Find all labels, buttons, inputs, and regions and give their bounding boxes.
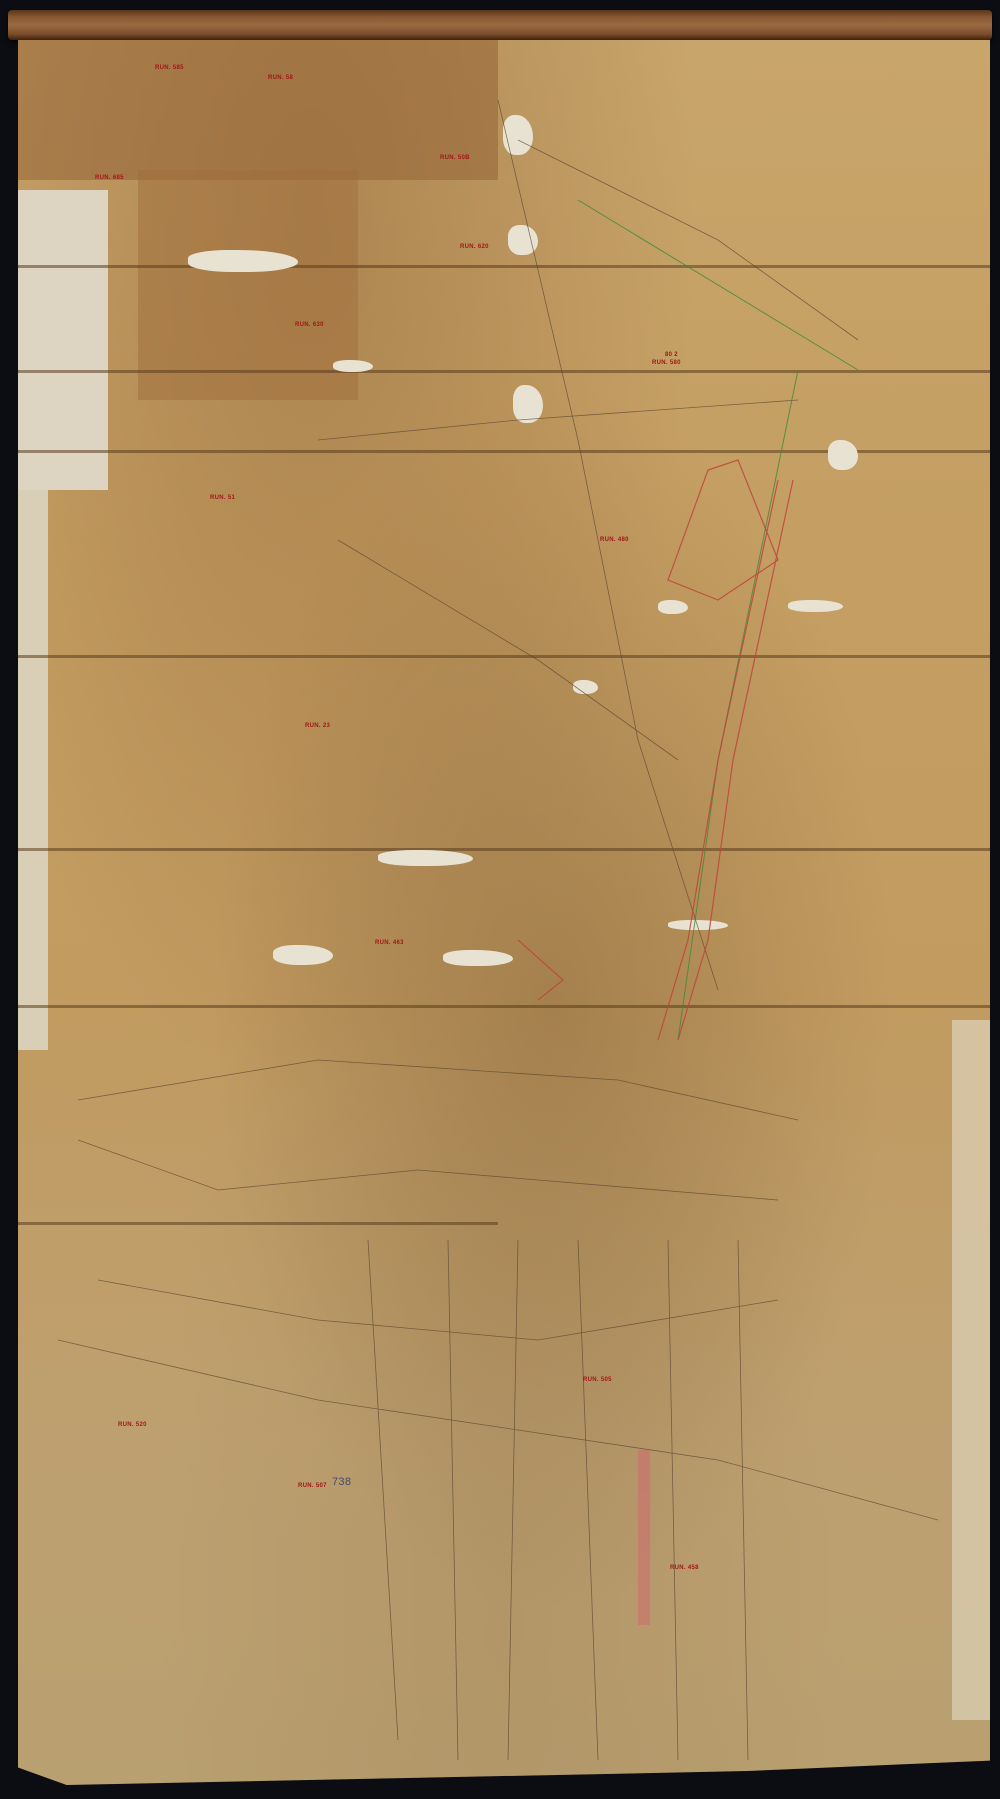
map-roller [8, 10, 992, 40]
run-label: RUN. 505 [583, 1377, 612, 1383]
parcel-number: 738 [332, 1476, 351, 1488]
run-label: 80 2 [665, 352, 678, 358]
map-sheet [18, 40, 990, 1785]
run-label: RUN. 520 [118, 1422, 147, 1428]
run-label: RUN. 480 [600, 537, 629, 543]
run-label: RUN. 58 [268, 75, 293, 81]
run-label: RUN. 585 [155, 65, 184, 71]
survey-lines [18, 40, 990, 1785]
run-label: RUN. 458 [670, 1565, 699, 1571]
run-label: RUN. 50B [440, 155, 470, 161]
run-label: RUN. 51 [210, 495, 235, 501]
run-label: RUN. 580 [652, 360, 681, 366]
run-label: RUN. 23 [305, 723, 330, 729]
run-label: RUN. 507 [298, 1483, 327, 1489]
run-label: RUN. 620 [460, 244, 489, 250]
run-label: RUN. 630 [295, 322, 324, 328]
run-label: RUN. 463 [375, 940, 404, 946]
run-label: RUN. 685 [95, 175, 124, 181]
